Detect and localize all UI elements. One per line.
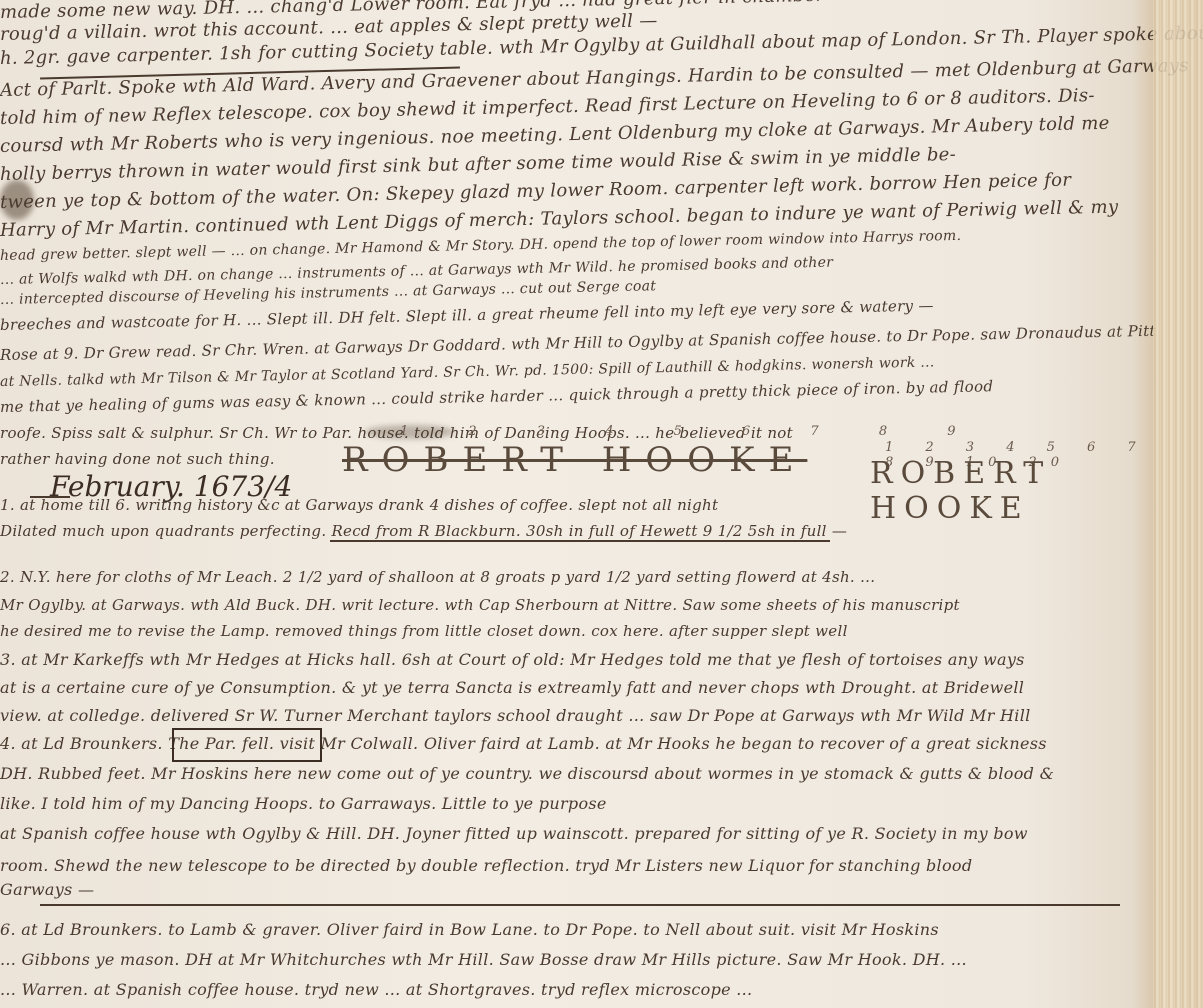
name-table: ROBERT HOOKE bbox=[870, 456, 1150, 526]
text-line: he desired me to revise the Lamp. remove… bbox=[0, 622, 848, 640]
text-line: DH. Rubbed feet. Mr Hoskins here new com… bbox=[0, 764, 1054, 783]
page-edge bbox=[1153, 0, 1203, 1008]
struck-name-numbers: 1 2 3 4 5 6 7 8 9 bbox=[400, 424, 984, 439]
text-line: Mr Ogylby. at Garways. wth Ald Buck. DH.… bbox=[0, 596, 960, 614]
text-line: at Spanish coffee house wth Ogylby & Hil… bbox=[0, 824, 1028, 843]
text-line: at is a certaine cure of ye Consumption.… bbox=[0, 678, 1024, 697]
text-line: 6. at Ld Brounkers. to Lamb & graver. Ol… bbox=[0, 920, 939, 939]
text-line: view. at colledge. delivered Sr W. Turne… bbox=[0, 706, 1031, 725]
text-line: ... Gibbons ye mason. DH at Mr Whitchurc… bbox=[0, 950, 967, 969]
text-line: 1. at home till 6. writing history &c at… bbox=[0, 496, 718, 514]
text-line: rather having done not such thing. bbox=[0, 450, 275, 468]
text-line: 2. N.Y. here for cloths of Mr Leach. 2 1… bbox=[0, 568, 875, 586]
underline bbox=[40, 904, 1120, 906]
text-line: Dilated much upon quadrants perfecting. … bbox=[0, 522, 847, 540]
text-line: Garways — bbox=[0, 880, 94, 899]
underline bbox=[330, 540, 830, 542]
struck-name: ROBERT HOOKE bbox=[342, 440, 807, 480]
boxed-note bbox=[172, 728, 322, 762]
text-line: ... Warren. at Spanish coffee house. try… bbox=[0, 980, 752, 999]
text-line: room. Shewd the new telescope to be dire… bbox=[0, 856, 972, 875]
text-line: 3. at Mr Karkeffs wth Mr Hedges at Hicks… bbox=[0, 650, 1025, 669]
manuscript-page: made some new way. DH. ... chang'd Lower… bbox=[0, 0, 1150, 1008]
text-line: like. I told him of my Dancing Hoops. to… bbox=[0, 794, 607, 813]
text-line: 4. at Ld Brounkers. The Par. fell. visit… bbox=[0, 734, 1047, 753]
